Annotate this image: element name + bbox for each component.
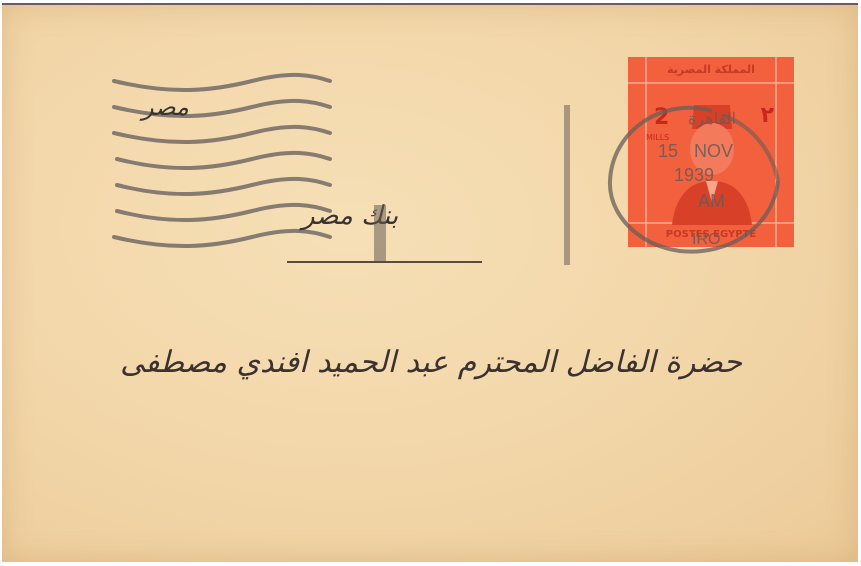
underline (287, 261, 482, 263)
postmark-month: NOV (694, 141, 733, 162)
envelope: مصر بنك مصر حضرة الفاضل المحترم عبد الحم… (2, 3, 858, 562)
stamp-header-arabic: المملكة المصرية (648, 59, 774, 81)
handwritten-address: حضرة الفاضل المحترم عبد الحميد افندي مصط… (112, 345, 742, 380)
postmark: 15 NOV 1939 AM IRO القاهرة (602, 101, 782, 261)
smudge-mark (564, 105, 570, 265)
smudge-mark (374, 205, 386, 261)
postmark-year: 1939 (674, 165, 714, 186)
postmark-city-arabic: القاهرة (688, 109, 736, 129)
postmark-day: 15 (658, 141, 678, 162)
handwritten-city: مصر (142, 93, 189, 121)
postmark-time: AM (698, 191, 725, 212)
postmark-city: IRO (692, 231, 720, 249)
